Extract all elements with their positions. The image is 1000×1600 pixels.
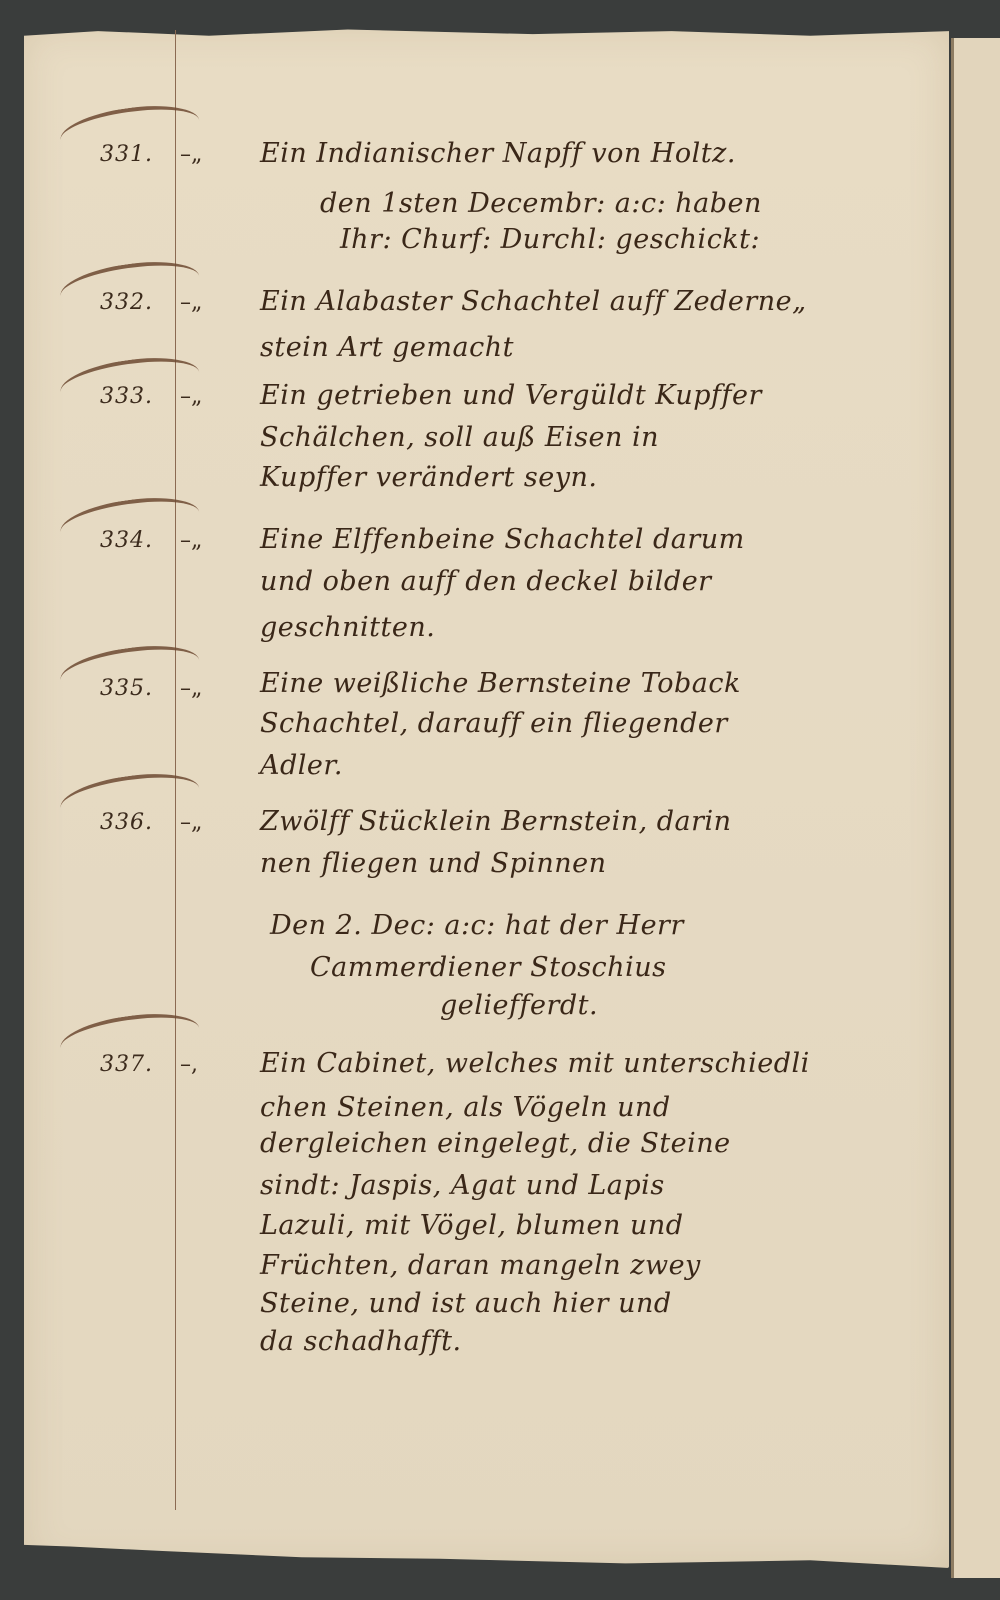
entry-number: 335.	[100, 676, 153, 701]
entry-line: Lazuli, mit Vögel, blumen und	[260, 1210, 684, 1241]
entry-line: Kupffer verändert seyn.	[260, 462, 598, 493]
note-line: geliefferdt.	[440, 990, 598, 1021]
entry-marker: –„	[180, 142, 202, 167]
entry-line: Ein Indianischer Napff von Holtz.	[260, 138, 736, 169]
note-line: Den 2. Dec: a:c: hat der Herr	[270, 910, 684, 941]
entry-line: stein Art gemacht	[260, 332, 514, 363]
entry-line: Eine Elffenbeine Schachtel darum	[260, 524, 745, 555]
adjacent-page-edge	[951, 38, 1000, 1578]
entry-line: Ein Alabaster Schachtel auff Zederne„	[260, 286, 807, 317]
note-line: Cammerdiener Stoschius	[310, 952, 666, 983]
entry-line: Früchten, daran mangeln zwey	[260, 1250, 701, 1281]
margin-rule	[175, 30, 176, 1510]
entry-line: dergleichen eingelegt, die Steine	[260, 1128, 731, 1159]
entry-marker: –„	[180, 528, 202, 553]
entry-line: chen Steinen, als Vögeln und	[260, 1092, 671, 1123]
entry-number: 336.	[100, 810, 153, 835]
entry-line: Schachtel, darauff ein fliegender	[260, 708, 728, 739]
entry-line: Ein Cabinet, welches mit unterschiedli	[260, 1048, 810, 1079]
entry-number: 337.	[100, 1052, 153, 1077]
entry-line: Schälchen, soll auß Eisen in	[260, 422, 659, 453]
entry-marker: –„	[180, 676, 202, 701]
entry-number: 331.	[100, 142, 153, 167]
entry-marker: –„	[180, 290, 202, 315]
entry-line: und oben auff den deckel bilder	[260, 566, 712, 597]
entry-line: Adler.	[260, 750, 343, 781]
entry-line: Eine weißliche Bernsteine Toback	[260, 668, 741, 699]
entry-line: sindt: Jaspis, Agat und Lapis	[260, 1170, 665, 1201]
entry-line: da schadhafft.	[260, 1326, 462, 1357]
entry-marker: –,	[180, 1052, 198, 1077]
entry-line: Steine, und ist auch hier und	[260, 1288, 672, 1319]
note-line: Ihr: Churf: Durchl: geschickt:	[340, 224, 760, 255]
entry-line: geschnitten.	[260, 612, 435, 643]
entry-number: 334.	[100, 528, 153, 553]
entry-line: Ein getrieben und Vergüldt Kupffer	[260, 380, 762, 411]
entry-number: 332.	[100, 290, 153, 315]
entry-line: Zwölff Stücklein Bernstein, darin	[260, 806, 732, 837]
entry-line: nen fliegen und Spinnen	[260, 848, 607, 879]
note-line: den 1sten Decembr: a:c: haben	[320, 188, 762, 219]
entry-number: 333.	[100, 384, 153, 409]
entry-marker: –„	[180, 384, 202, 409]
entry-marker: –„	[180, 810, 202, 835]
